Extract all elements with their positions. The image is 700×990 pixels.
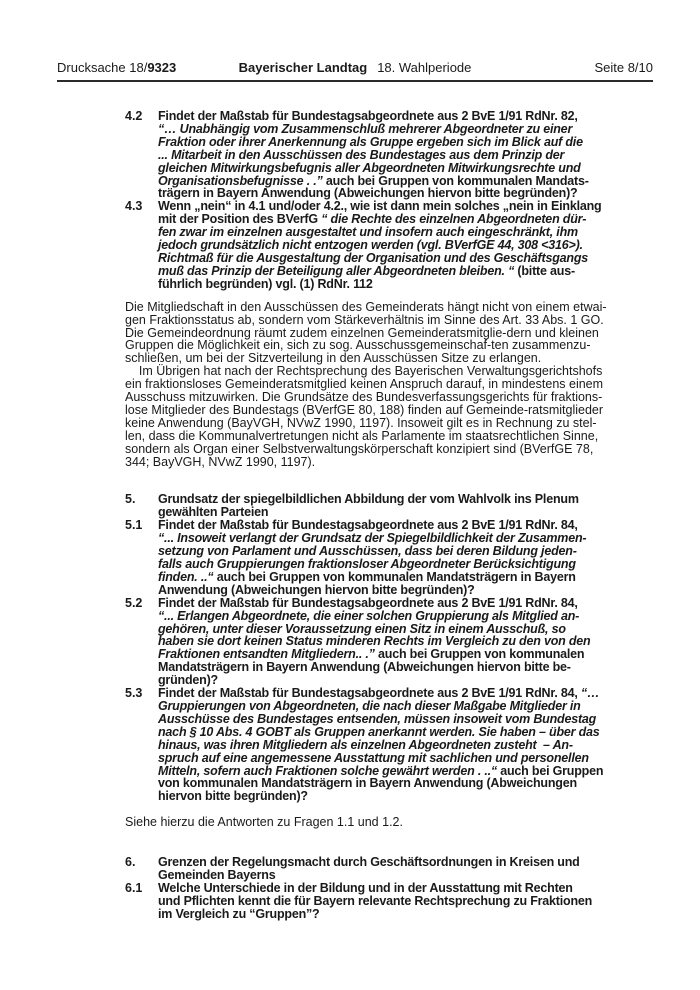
question-item-4-2-text: Findet der Maßstab für Bundestagsabgeord… [158, 110, 628, 200]
question-item-5-3-text: Findet der Maßstab für Bundestagsabgeord… [158, 687, 628, 803]
header-center: Bayerischer Landtag18. Wahlperiode [227, 60, 483, 75]
page-header: Drucksache 18/9323 Bayerischer Landtag18… [57, 60, 653, 82]
section-heading-5-text: Grundsatz der spiegelbildlichen Abbildun… [158, 493, 628, 519]
question-item-4-3-number: 4.3 [125, 200, 158, 213]
cross-reference-note: Siehe hierzu die Antworten zu Fragen 1.1… [125, 816, 670, 829]
question-item-4-2: 4.2Findet der Maßstab für Bundestagsabge… [125, 110, 670, 200]
drucksache-number: 9323 [147, 60, 176, 75]
question-item-5-2-number: 5.2 [125, 597, 158, 610]
question-item-5-1-number: 5.1 [125, 519, 158, 532]
cross-reference-note-text: Siehe hierzu die Antworten zu Fragen 1.1… [125, 816, 657, 829]
page-number-label: Seite 8/10 [483, 60, 653, 75]
section-heading-5-number: 5. [125, 493, 158, 506]
section-heading-6-text: Grenzen der Regelungsmacht durch Geschäf… [158, 856, 628, 882]
section-heading-6: 6.Grenzen der Regelungsmacht durch Gesch… [125, 856, 670, 882]
question-item-4-3: 4.3Wenn „nein“ in 4.1 und/oder 4.2., wie… [125, 200, 670, 290]
drucksache-label: Drucksache 18/9323 [57, 60, 227, 75]
question-item-5-2-text: Findet der Maßstab für Bundestagsabgeord… [158, 597, 628, 687]
question-item-6-1: 6.1Welche Unterschiede in der Bildung un… [125, 882, 670, 921]
legislative-period-label: 18. Wahlperiode [377, 60, 471, 75]
drucksache-prefix: Drucksache 18/ [57, 60, 147, 75]
question-item-6-1-number: 6.1 [125, 882, 158, 895]
question-item-5-3: 5.3Findet der Maßstab für Bundestagsabge… [125, 687, 670, 803]
answer-paragraph-4: Die Mitgliedschaft in den Ausschüssen de… [125, 301, 670, 469]
question-item-5-1: 5.1Findet der Maßstab für Bundestagsabge… [125, 519, 670, 596]
question-item-6-1-text: Welche Unterschiede in der Bildung und i… [158, 882, 628, 921]
question-item-5-2: 5.2Findet der Maßstab für Bundestagsabge… [125, 597, 670, 687]
section-heading-6-number: 6. [125, 856, 158, 869]
answer-paragraph-4-text: Die Mitgliedschaft in den Ausschüssen de… [125, 301, 657, 469]
question-item-5-3-number: 5.3 [125, 687, 158, 700]
section-heading-5: 5.Grundsatz der spiegelbildlichen Abbild… [125, 493, 670, 519]
question-item-5-1-text: Findet der Maßstab für Bundestagsabgeord… [158, 519, 628, 596]
document-body: 4.2Findet der Maßstab für Bundestagsabge… [125, 110, 670, 921]
question-item-4-2-number: 4.2 [125, 110, 158, 123]
institution-title: Bayerischer Landtag [239, 60, 368, 75]
question-item-4-3-text: Wenn „nein“ in 4.1 und/oder 4.2., wie is… [158, 200, 628, 290]
document-page: Drucksache 18/9323 Bayerischer Landtag18… [0, 0, 700, 990]
